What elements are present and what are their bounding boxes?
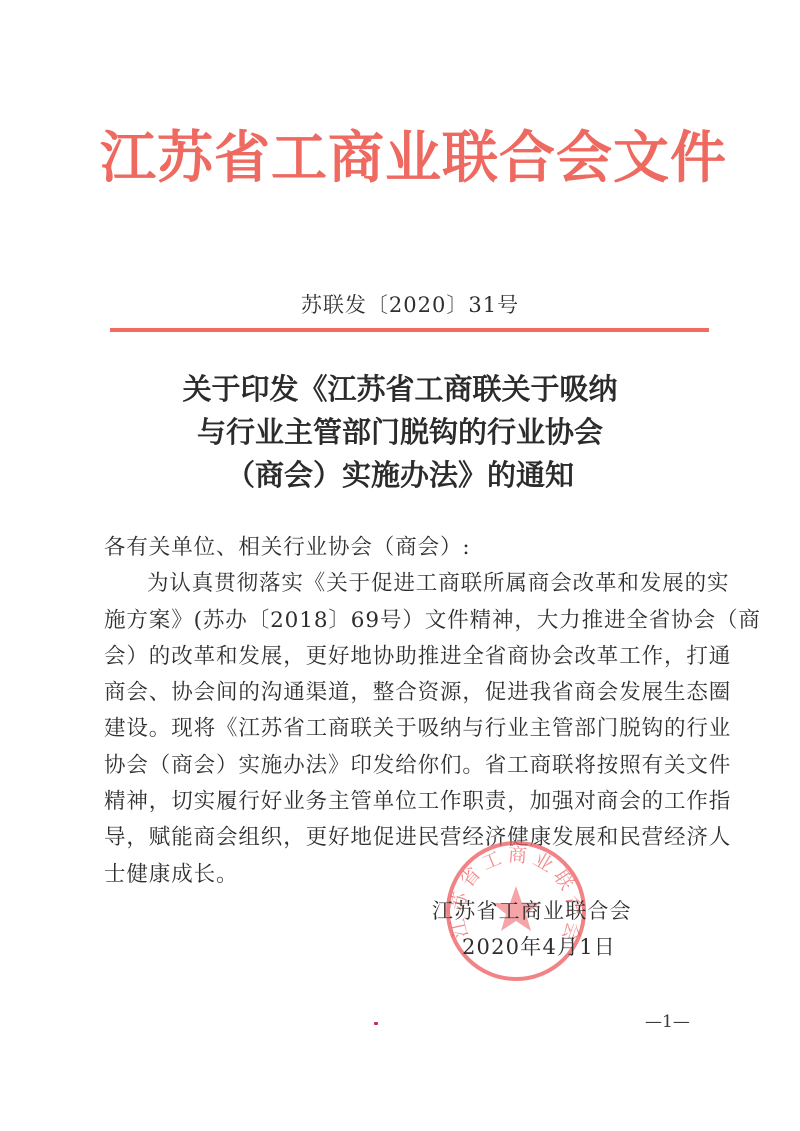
body-line: 导，赋能商会组织，更好地促进民营经济健康发展和民营经济人	[104, 820, 714, 856]
body-line: 精神，切实履行好业务主管单位工作职责，加强对商会的工作指	[104, 784, 714, 820]
body-line: 商会、协会间的沟通渠道，整合资源，促进我省商会发展生态圈	[104, 675, 714, 711]
notice-title: 关于印发《江苏省工商联关于吸纳 与行业主管部门脱钩的行业协会 （商会）实施办法》…	[140, 368, 660, 497]
notice-title-line-1: 关于印发《江苏省工商联关于吸纳	[140, 368, 660, 411]
body-line: 会）的改革和发展，更好地协助推进全省商协会改革工作，打通	[104, 639, 714, 675]
body-line: 协会（商会）实施办法》印发给你们。省工商联将按照有关文件	[104, 748, 714, 784]
notice-title-line-3: （商会）实施办法》的通知	[140, 454, 660, 497]
notice-body: 各有关单位、相关行业协会（商会）: 为认真贯彻落实《关于促进工商联所属商会改革和…	[104, 530, 714, 893]
body-line: 施方案》(苏办〔2018〕69号）文件精神，大力推进全省协会（商	[104, 603, 714, 639]
document-page: 江苏省工商业联合会文件 苏联发〔2020〕31号 关于印发《江苏省工商联关于吸纳…	[0, 0, 800, 1131]
page-number: —1—	[645, 1012, 690, 1032]
addressee: 各有关单位、相关行业协会（商会）:	[104, 530, 714, 566]
body-line: 士健康成长。	[104, 857, 714, 893]
signature-date: 2020年4月1日	[432, 929, 672, 965]
signature-organization: 江苏省工商业联合会	[432, 893, 672, 929]
red-divider-rule	[110, 328, 709, 332]
notice-title-line-2: 与行业主管部门脱钩的行业协会	[140, 411, 660, 454]
ink-speck	[374, 1022, 378, 1025]
body-line: 建设。现将《江苏省工商联关于吸纳与行业主管部门脱钩的行业	[104, 711, 714, 747]
signature-block: 江苏省工商业联合会 2020年4月1日	[432, 893, 672, 965]
body-line: 为认真贯彻落实《关于促进工商联所属商会改革和发展的实	[104, 566, 714, 602]
document-header-title: 江苏省工商业联合会文件	[100, 118, 720, 198]
document-number: 苏联发〔2020〕31号	[110, 290, 710, 320]
